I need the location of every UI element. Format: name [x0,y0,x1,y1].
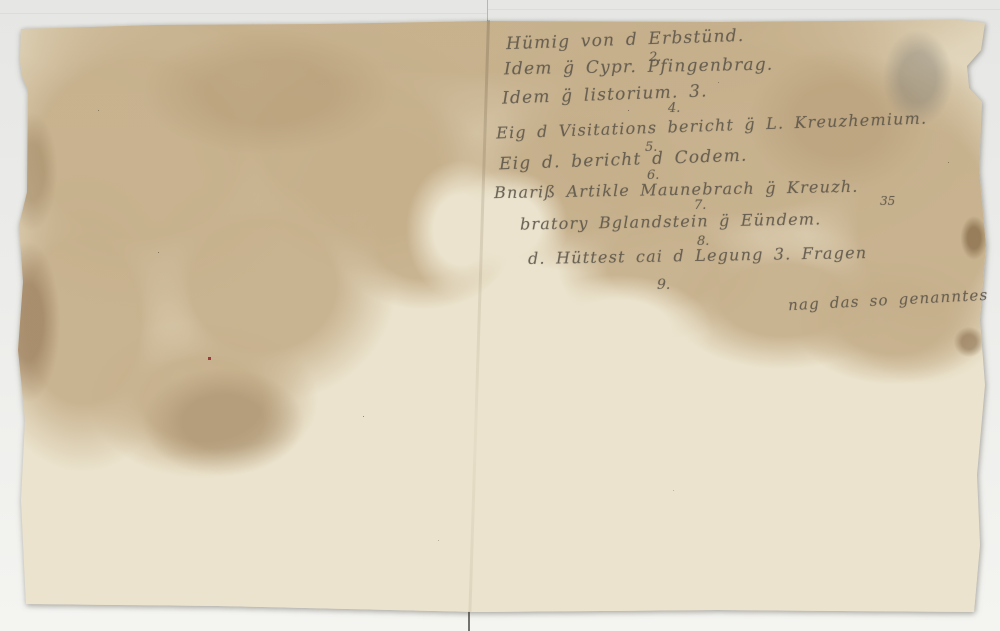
manuscript-scan: Hümig von d Erbstünd.2.Idem g̈ Cypr. Pfi… [0,0,1000,631]
manuscript-line: bratory Bglandstein g̈ Eündem. [520,209,822,233]
handwriting-layer: Hümig von d Erbstünd.2.Idem g̈ Cypr. Pfi… [0,0,1000,631]
manuscript-line: d. Hüttest cai d Legung 3. Fragen [528,243,868,268]
manuscript-line: nag das so genanntes [788,286,989,314]
list-number: 9. [657,277,670,293]
manuscript-line: Eig d Visitations bericht g̈ L. Kreuzhem… [496,108,928,142]
manuscript-line: Eig d. bericht d Codem. [499,146,748,175]
list-number: 35 [880,194,895,208]
manuscript-line: Idem g̈ Cypr. Pfingenbrag. [504,55,774,80]
list-number: 4. [668,101,680,116]
manuscript-line: Hümig von d Erbstünd. [506,26,745,54]
manuscript-line: Bnariß Artikle Maunebrach g̈ Kreuzh. [494,177,859,202]
